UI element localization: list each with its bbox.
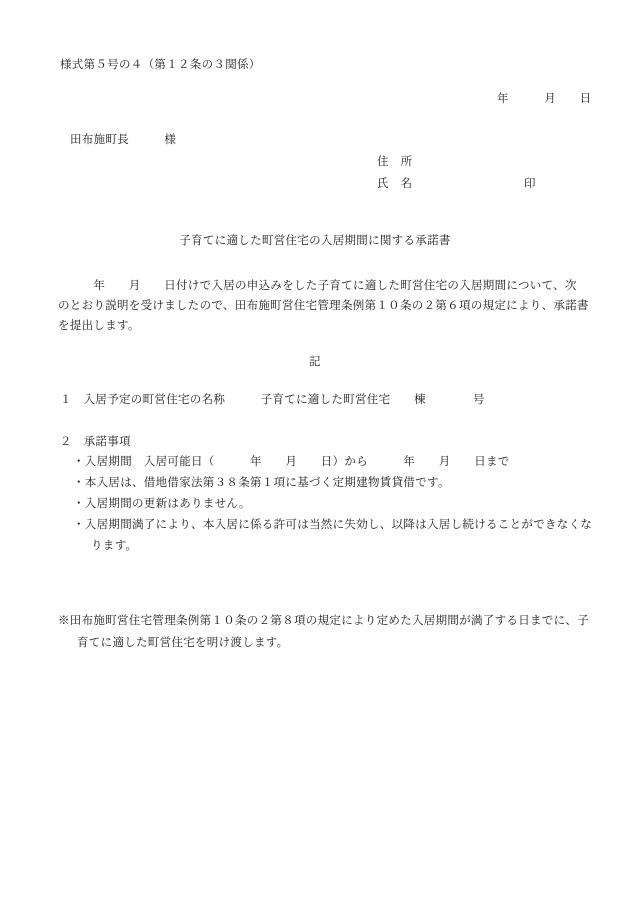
intro-line-3: を提出します。 [58, 320, 140, 333]
bullet-expiration-line-2: ります。 [91, 540, 137, 553]
document-title: 子育てに適した町営住宅の入居期間に関する承諾書 [0, 235, 630, 248]
bullet-expiration-line-1: ・入居期間満了により、本入居に係る許可は当然に失効し、以降は入居し続けることがで… [73, 519, 592, 532]
note-line-1: ※田布施町営住宅管理条例第１０条の２第８項の規定により定めた入居期間が満了する日… [58, 615, 589, 628]
intro-line-1: 年 月 日付けで入居の申込みをした子育てに適した町営住宅の入居期間について、次 [58, 280, 577, 293]
item-1-housing-name: １ 入居予定の町営住宅の名称 子育てに適した町営住宅 棟 号 [60, 394, 485, 407]
bullet-occupancy-period: ・入居期間 入居可能日（ 年 月 日）から 年 月 日まで [73, 456, 510, 469]
record-marker: 記 [0, 356, 630, 369]
addressee-line: 田布施町長 様 [70, 134, 176, 147]
intro-line-2: のとおり説明を受けましたので、田布施町営住宅管理条例第１０条の２第６項の規定によ… [58, 300, 589, 313]
bullet-fixed-term-lease: ・本入居は、借地借家法第３８条第１項に基づく定期建物賃貸借です。 [73, 477, 450, 490]
form-number: 様式第５号の４（第１２条の３関係） [60, 59, 261, 72]
name-label: 氏 名 [377, 178, 412, 191]
document-page: 様式第５号の４（第１２条の３関係） 年 月 日 田布施町長 様 住 所 氏 名 … [0, 0, 630, 903]
seal-label: 印 [524, 178, 536, 191]
date-line: 年 月 日 [497, 93, 591, 106]
bullet-no-renewal: ・入居期間の更新はありません。 [73, 498, 251, 511]
address-label: 住 所 [377, 156, 412, 169]
item-2-heading: ２ 承諾事項 [60, 436, 131, 449]
note-line-2: 育てに適した町営住宅を明け渡します。 [77, 637, 288, 650]
